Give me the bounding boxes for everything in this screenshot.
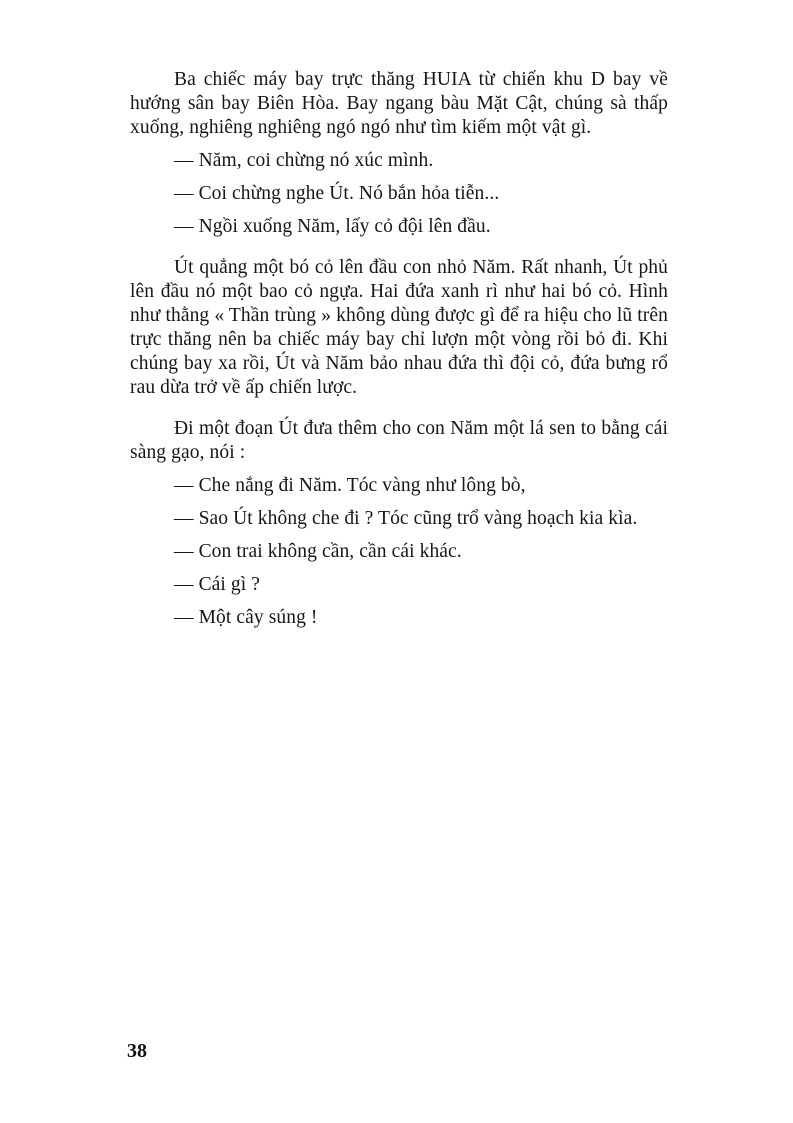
dialog-line-boys-need: — Con trai không cần, cần cái khác. (130, 540, 668, 564)
page-number: 38 (127, 1040, 147, 1063)
dialog-line-shade-sun: — Che nắng đi Năm. Tóc vàng như lông bò, (130, 474, 668, 498)
dialog-line-ut-rocket: — Coi chừng nghe Út. Nó bắn hỏa tiễn... (130, 182, 668, 206)
dialog-line-why-not-ut: — Sao Út không che đi ? Tóc cũng trổ vàn… (130, 507, 668, 531)
paragraph-helicopters: Ba chiếc máy bay trực thăng HUIA từ chiế… (130, 68, 668, 140)
book-page-body: Ba chiếc máy bay trực thăng HUIA từ chiế… (130, 68, 668, 630)
paragraph-lotus-leaf: Đi một đoạn Út đưa thêm cho con Năm một … (130, 417, 668, 465)
dialog-line-what: — Cái gì ? (130, 573, 668, 597)
paragraph-grass-camouflage: Út quẳng một bó cỏ lên đầu con nhỏ Năm. … (130, 256, 668, 400)
dialog-line-a-gun: — Một cây súng ! (130, 606, 668, 630)
dialog-line-nam-warning: — Năm, coi chừng nó xúc mình. (130, 149, 668, 173)
dialog-line-sit-down: — Ngồi xuống Năm, lấy cỏ đội lên đầu. (130, 215, 668, 239)
